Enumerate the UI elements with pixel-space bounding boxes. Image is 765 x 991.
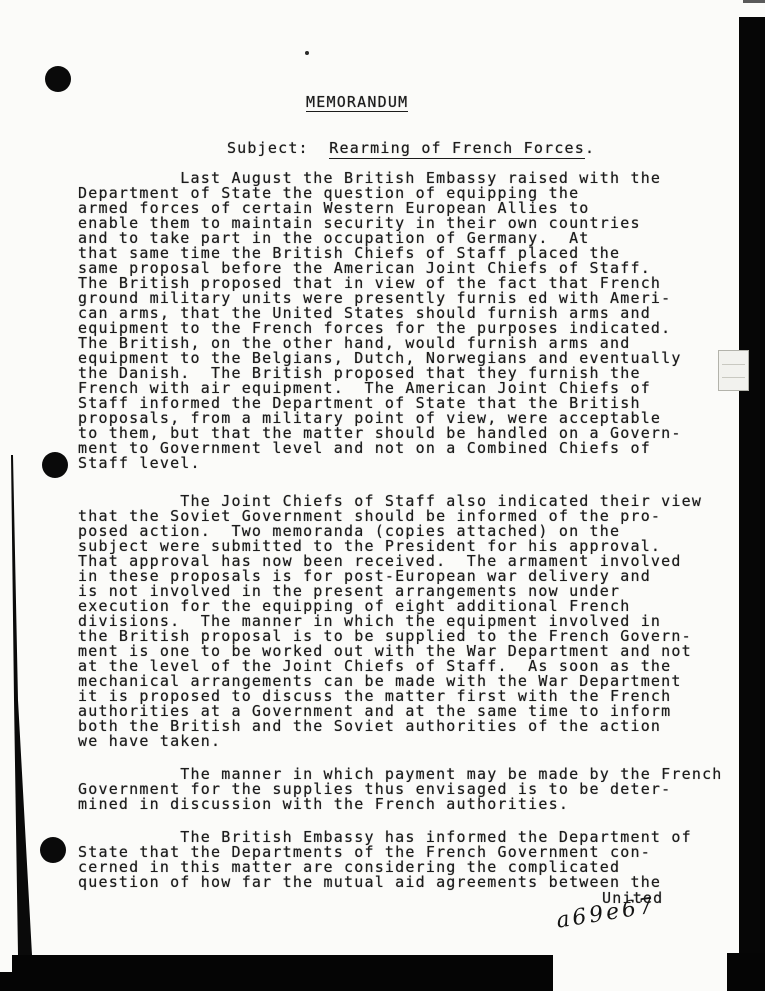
paragraph-1: Last August the British Embassy raised w… xyxy=(78,171,682,471)
scan-strip-right xyxy=(739,17,765,991)
paragraph-2: The Joint Chiefs of Staff also indicated… xyxy=(78,494,702,749)
scan-edge-left-wedge xyxy=(6,455,36,955)
ink-speck xyxy=(305,51,309,55)
subject-text: Rearming of French Forces xyxy=(329,139,585,159)
paragraph-4: The British Embassy has informed the Dep… xyxy=(78,830,692,890)
scan-bar-bottom-right xyxy=(727,953,765,991)
scan-corner-bottom-left xyxy=(0,972,12,991)
memo-page: MEMORANDUM Subject: Rearming of French F… xyxy=(0,0,765,991)
paragraph-3: The manner in which payment may be made … xyxy=(78,767,723,812)
subject-period: . xyxy=(585,139,595,157)
subject-line: Subject: Rearming of French Forces. xyxy=(186,126,595,171)
punch-hole-middle xyxy=(42,452,68,478)
paper-tab xyxy=(718,350,749,391)
punch-hole-bottom xyxy=(40,837,66,863)
punch-hole-top xyxy=(45,66,71,92)
memo-title: MEMORANDUM xyxy=(306,95,408,112)
scan-bar-bottom-left xyxy=(12,955,553,991)
subject-label: Subject: xyxy=(227,139,329,157)
scan-sliver-top-right xyxy=(743,0,765,3)
